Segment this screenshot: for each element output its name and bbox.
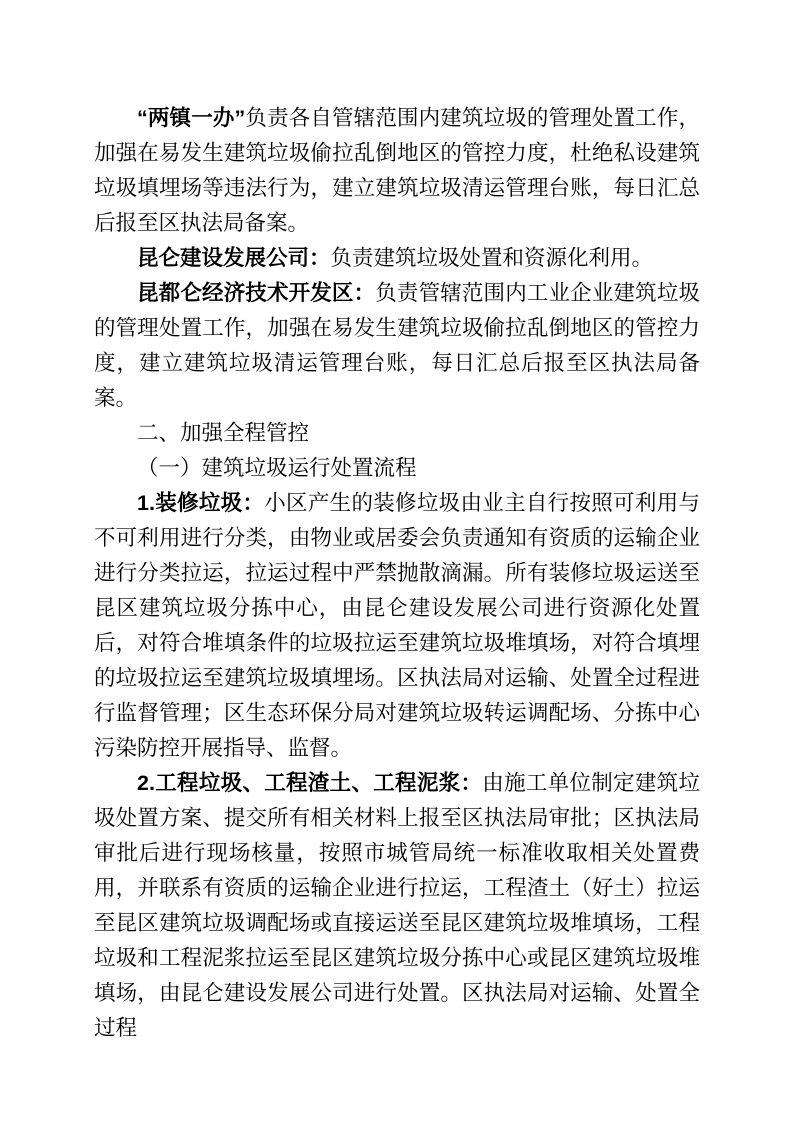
paragraph-kundulun-zone: 昆都仑经济技术开发区：负责管辖范围内工业企业建筑垃圾的管理处置工作，加强在易发生… bbox=[94, 276, 700, 416]
heading-subsection-one: （一）建筑垃圾运行处置流程 bbox=[94, 451, 700, 486]
heading-text: （一）建筑垃圾运行处置流程 bbox=[137, 456, 417, 480]
paragraph-lead-bold: 昆仑建设发展公司： bbox=[137, 246, 331, 270]
heading-section-two: 二、加强全程管控 bbox=[94, 416, 700, 451]
paragraph-lead-bold: 2.工程垃圾、工程渣土、工程泥浆： bbox=[137, 771, 482, 795]
paragraph-text: 负责建筑垃圾处置和资源化利用。 bbox=[331, 246, 654, 270]
paragraph-kunlun-company: 昆仑建设发展公司：负责建筑垃圾处置和资源化利用。 bbox=[94, 241, 700, 276]
paragraph-text: 由施工单位制定建筑垃圾处置方案、提交所有相关材料上报至区执法局审批；区执法局审批… bbox=[94, 771, 700, 1040]
paragraph-decoration-waste: 1.装修垃圾：小区产生的装修垃圾由业主自行按照可利用与不可利用进行分类，由物业或… bbox=[94, 486, 700, 766]
heading-text: 二、加强全程管控 bbox=[137, 421, 309, 445]
paragraph-engineering-waste: 2.工程垃圾、工程渣土、工程泥浆：由施工单位制定建筑垃圾处置方案、提交所有相关材… bbox=[94, 766, 700, 1046]
document-body-text: “两镇一办”负责各自管辖范围内建筑垃圾的管理处置工作，加强在易发生建筑垃圾偷拉乱… bbox=[94, 101, 700, 1046]
document-page: “两镇一办”负责各自管辖范围内建筑垃圾的管理处置工作，加强在易发生建筑垃圾偷拉乱… bbox=[0, 0, 793, 1122]
paragraph-two-towns-office: “两镇一办”负责各自管辖范围内建筑垃圾的管理处置工作，加强在易发生建筑垃圾偷拉乱… bbox=[94, 101, 700, 241]
paragraph-lead-bold: “两镇一办” bbox=[137, 106, 245, 130]
paragraph-lead-bold: 1.装修垃圾： bbox=[137, 491, 264, 515]
paragraph-lead-bold: 昆都仑经济技术开发区： bbox=[137, 281, 375, 305]
paragraph-text: 小区产生的装修垃圾由业主自行按照可利用与不可利用进行分类，由物业或居委会负责通知… bbox=[94, 491, 700, 760]
